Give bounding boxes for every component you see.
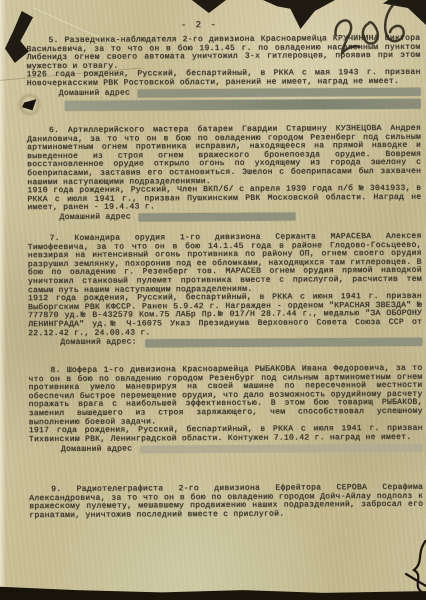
punched-hole — [17, 93, 42, 116]
page-corner-fold-mark — [402, 540, 426, 592]
home-address-line: Домашний адрес: — [60, 337, 422, 348]
address-label: Домашний адрес — [61, 445, 132, 454]
citation-text: 8. Шофера 1-го дивизиона Красноармейца Р… — [28, 365, 422, 428]
address-label: Домашний адрес — [59, 89, 130, 98]
redaction-bar — [145, 337, 423, 347]
address-label: Домашний адрес — [59, 214, 130, 223]
redaction-bar — [138, 88, 421, 98]
service-record: 1917 года рождения, Русский, беспартийны… — [29, 425, 423, 445]
redaction-bar — [65, 98, 421, 110]
address-label: Домашний адрес: — [60, 339, 137, 348]
home-address-line: Домашний адрес — [61, 443, 423, 454]
citation-text: 7. Командира орудия 1-го дивизиона Сержа… — [28, 233, 422, 296]
award-entry-8: 8. Шофера 1-го дивизиона Красноармейца Р… — [28, 365, 423, 455]
service-record: 1912 года рождения, Русский, беспартийны… — [28, 293, 422, 338]
award-entry-6: 6. Артиллерийского мастера батареи Гвард… — [27, 125, 422, 223]
punched-hole-shadow — [22, 98, 37, 111]
redaction-bar — [139, 213, 296, 222]
document-scan: - 2 - 5. Разведчика-наблюдателя 2-го див… — [0, 0, 426, 600]
citation-text: 6. Артиллерийского мастера батареи Гвард… — [27, 125, 421, 188]
typewritten-text-layer: - 2 - 5. Разведчика-наблюдателя 2-го див… — [0, 0, 426, 600]
award-entry-7: 7. Командира орудия 1-го дивизиона Сержа… — [28, 233, 423, 349]
citation-text: 9. Радиотелеграфиста 2-го дивизиона Ефре… — [29, 484, 423, 521]
paper-page: - 2 - 5. Разведчика-наблюдателя 2-го див… — [0, 0, 426, 600]
service-record: 1910 года рождения, Русский, Член ВКП/б/… — [27, 185, 421, 213]
home-address-line: Домашний адрес — [59, 212, 421, 223]
award-entry-9: 9. Радиотелеграфиста 2-го дивизиона Ефре… — [29, 484, 423, 521]
service-record: 1926 года рождения, Русский, беспартийны… — [27, 69, 421, 89]
home-address-line: Домашний адрес — [59, 87, 421, 98]
redaction-bar — [140, 444, 423, 454]
